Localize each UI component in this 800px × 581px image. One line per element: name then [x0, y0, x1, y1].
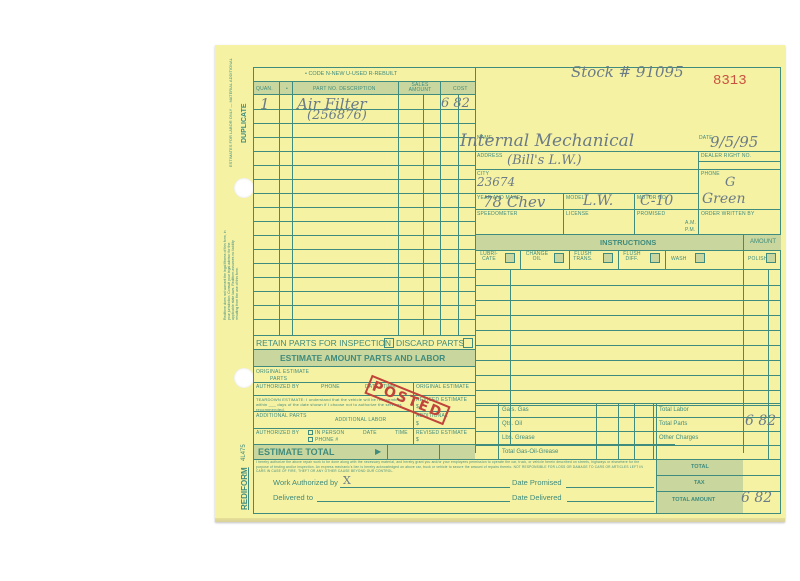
total-label: TOTAL — [691, 464, 709, 470]
am-label: A.M. — [685, 220, 696, 226]
amount-header: AMOUNT — [750, 239, 776, 245]
punch-hole — [234, 368, 254, 388]
total-amount-label: TOTAL AMOUNT — [672, 497, 715, 503]
in-person-label: IN PERSON — [315, 430, 344, 436]
date-value: 9/5/95 — [710, 133, 758, 151]
col-sales-amount: SALES AMOUNT — [405, 83, 435, 93]
estimate-section-title: ESTIMATE AMOUNT PARTS AND LABOR — [280, 353, 445, 363]
polish-checkbox[interactable] — [766, 253, 776, 263]
duplicate-label: DUPLICATE — [241, 103, 248, 143]
lubricate-checkbox[interactable] — [505, 253, 515, 263]
arrow-icon: ▶ — [375, 447, 381, 456]
flush-trans-checkbox[interactable] — [603, 253, 613, 263]
order-written-label: ORDER WRITTEN BY — [701, 211, 754, 217]
total-parts-value: 6 82 — [745, 413, 776, 429]
additional-parts-label: ADDITIONAL PARTS — [256, 413, 307, 419]
part-cost: 6 82 — [441, 96, 470, 111]
authorized-by-label-2: AUTHORIZED BY — [256, 430, 299, 436]
total-gas-oil-grease-label: Total Gas-Oil-Grease — [502, 449, 558, 455]
disclaimer-text: Rediform does not warrant the legal fitn… — [223, 230, 239, 320]
address-label: ADDRESS — [477, 153, 503, 159]
phone-value: G — [725, 175, 735, 190]
discard-parts-checkbox[interactable] — [463, 338, 473, 348]
delivered-to-line[interactable] — [317, 501, 510, 502]
form-serial-number: 8313 — [713, 73, 747, 89]
city-value: 23674 — [477, 175, 515, 189]
customer-name: Internal Mechanical — [460, 131, 634, 151]
col-quan: QUAN. — [256, 86, 273, 92]
stock-note: Stock # 91095 — [571, 63, 684, 81]
dollar-sign: $ — [416, 437, 419, 443]
date-label-2: DATE — [363, 430, 377, 436]
brand-logo: REDIFORM — [240, 467, 249, 510]
estimate-note: ESTIMATES FOR LABOR ONLY — MATERIAL ADDI… — [228, 58, 233, 167]
promised-label: PROMISED — [637, 211, 665, 217]
work-authorized-label: Work Authorized by — [273, 478, 338, 487]
dollar-sign: $ — [416, 421, 419, 427]
lbs-grease-label: Lbs. Grease — [502, 435, 535, 441]
time-label-2: TIME — [395, 430, 408, 436]
revised-estimate-right-label: REVISED ESTIMATE — [416, 430, 467, 436]
col-cost: COST — [453, 86, 468, 92]
original-estimate-label: ORIGINAL ESTIMATE — [256, 369, 309, 375]
estimate-total-label: ESTIMATE TOTAL — [258, 447, 335, 457]
total-parts-label: Total Parts — [659, 421, 687, 427]
motor-value: C-10 — [640, 193, 673, 209]
col-code: • — [286, 86, 288, 92]
license-label: LICENSE — [566, 211, 589, 217]
dealer-label: DEALER RIGHT NO. — [701, 153, 751, 159]
date-promised-label: Date Promised — [512, 478, 562, 487]
model-value: L.W. — [583, 193, 613, 209]
additional-labor-label: ADDITIONAL LABOR — [335, 417, 386, 423]
punch-hole — [234, 178, 254, 198]
legal-text: I hereby authorize the above repair work… — [256, 460, 651, 474]
other-charges-label: Other Charges — [659, 435, 698, 441]
phone-label: PHONE — [321, 384, 340, 390]
part-number: (256876) — [307, 108, 367, 123]
work-authorized-line[interactable] — [340, 487, 510, 488]
speedometer-label: SPEEDOMETER — [477, 211, 518, 217]
in-person-checkbox[interactable] — [308, 430, 313, 435]
instructions-title: INSTRUCTIONS — [600, 238, 656, 247]
authorized-by-label: AUTHORIZED BY — [256, 384, 299, 390]
phone-number-label: PHONE # — [315, 437, 338, 443]
part-quantity: 1 — [260, 95, 270, 113]
total-amount-value: 6 82 — [741, 490, 772, 506]
qts-oil-label: Qts. Oil — [502, 421, 522, 427]
gals-gas-label: Gals. Gas — [502, 407, 529, 413]
repair-order-form: DUPLICATE ESTIMATES FOR LABOR ONLY — MAT… — [215, 45, 785, 522]
form-number: 4L475 — [241, 444, 247, 461]
original-estimate-right-label: ORIGINAL ESTIMATE — [416, 384, 469, 390]
change-oil-checkbox[interactable] — [554, 253, 564, 263]
discard-parts-label: DISCARD PARTS — [396, 338, 464, 348]
date-delivered-label: Date Delivered — [512, 493, 562, 502]
color-value: Green — [702, 191, 745, 207]
address-value: (Bill's L.W.) — [507, 153, 582, 168]
date-delivered-line[interactable] — [567, 501, 654, 502]
code-legend: • CODE N-NEW U-USED R-REBUILT — [305, 71, 397, 77]
date-promised-line[interactable] — [566, 487, 654, 488]
phone-checkbox[interactable] — [308, 437, 313, 442]
retain-parts-checkbox[interactable] — [384, 338, 394, 348]
total-labor-label: Total Labor — [659, 407, 689, 413]
delivered-to-label: Delivered to — [273, 493, 313, 502]
tax-label: TAX — [694, 480, 705, 486]
phone-header-label: PHONE — [701, 171, 720, 177]
retain-parts-label: RETAIN PARTS FOR INSPECTION — [256, 338, 391, 348]
flush-diff-checkbox[interactable] — [650, 253, 660, 263]
pm-label: P.M. — [685, 227, 695, 233]
work-authorized-value: X — [343, 474, 351, 487]
col-description: PART NO. DESCRIPTION — [313, 86, 376, 92]
model-label: MODEL — [566, 195, 585, 201]
wash-checkbox[interactable] — [695, 253, 705, 263]
